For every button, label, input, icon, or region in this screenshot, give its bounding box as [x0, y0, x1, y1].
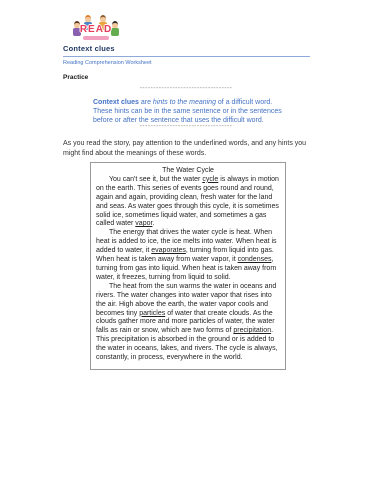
section-label-practice: Practice	[63, 74, 88, 81]
text-segment: You can't see it, but the water	[109, 176, 202, 183]
underlined-word: evaporates	[151, 247, 186, 254]
instructions-text: As you read the story, pay attention to …	[63, 139, 315, 158]
text-segment: Context clues	[93, 99, 139, 106]
passage-paragraph-3: The heat from the sun warms the water in…	[96, 283, 280, 363]
page-title: Context clues	[63, 44, 115, 53]
context-clues-definition: Context clues are hints to the meaning o…	[93, 98, 289, 125]
logo-text: READ	[80, 24, 112, 35]
underlined-word: particles	[139, 310, 165, 317]
title-divider-line	[63, 56, 310, 57]
passage-box: The Water Cycle You can't see it, but th…	[90, 162, 286, 370]
text-segment: is always in motion on the earth. This s…	[96, 176, 279, 228]
read-kids-logo: READ	[72, 15, 120, 42]
dashed-divider-top: ----------------------------------	[0, 85, 372, 92]
underlined-word: vapor	[135, 220, 152, 227]
passage-paragraph-2: The energy that drives the water cycle i…	[96, 229, 280, 282]
text-segment: .	[152, 220, 154, 227]
logo-banner	[83, 36, 109, 40]
passage-title: The Water Cycle	[96, 167, 280, 176]
dashed-divider-bottom: ----------------------------------	[0, 123, 372, 130]
passage-paragraph-1: You can't see it, but the water cycle is…	[96, 176, 280, 229]
text-segment: are	[139, 99, 153, 106]
page-subtitle: Reading Comprehension Worksheet	[63, 60, 152, 66]
text-segment: hints to the meaning	[153, 99, 216, 106]
kid-figure-icon	[111, 21, 119, 36]
worksheet-page: READ Context clues Reading Comprehension…	[0, 0, 372, 480]
underlined-word: cycle	[202, 176, 218, 183]
underlined-word: condenses	[238, 256, 272, 263]
underlined-word: precipitation	[233, 327, 271, 334]
